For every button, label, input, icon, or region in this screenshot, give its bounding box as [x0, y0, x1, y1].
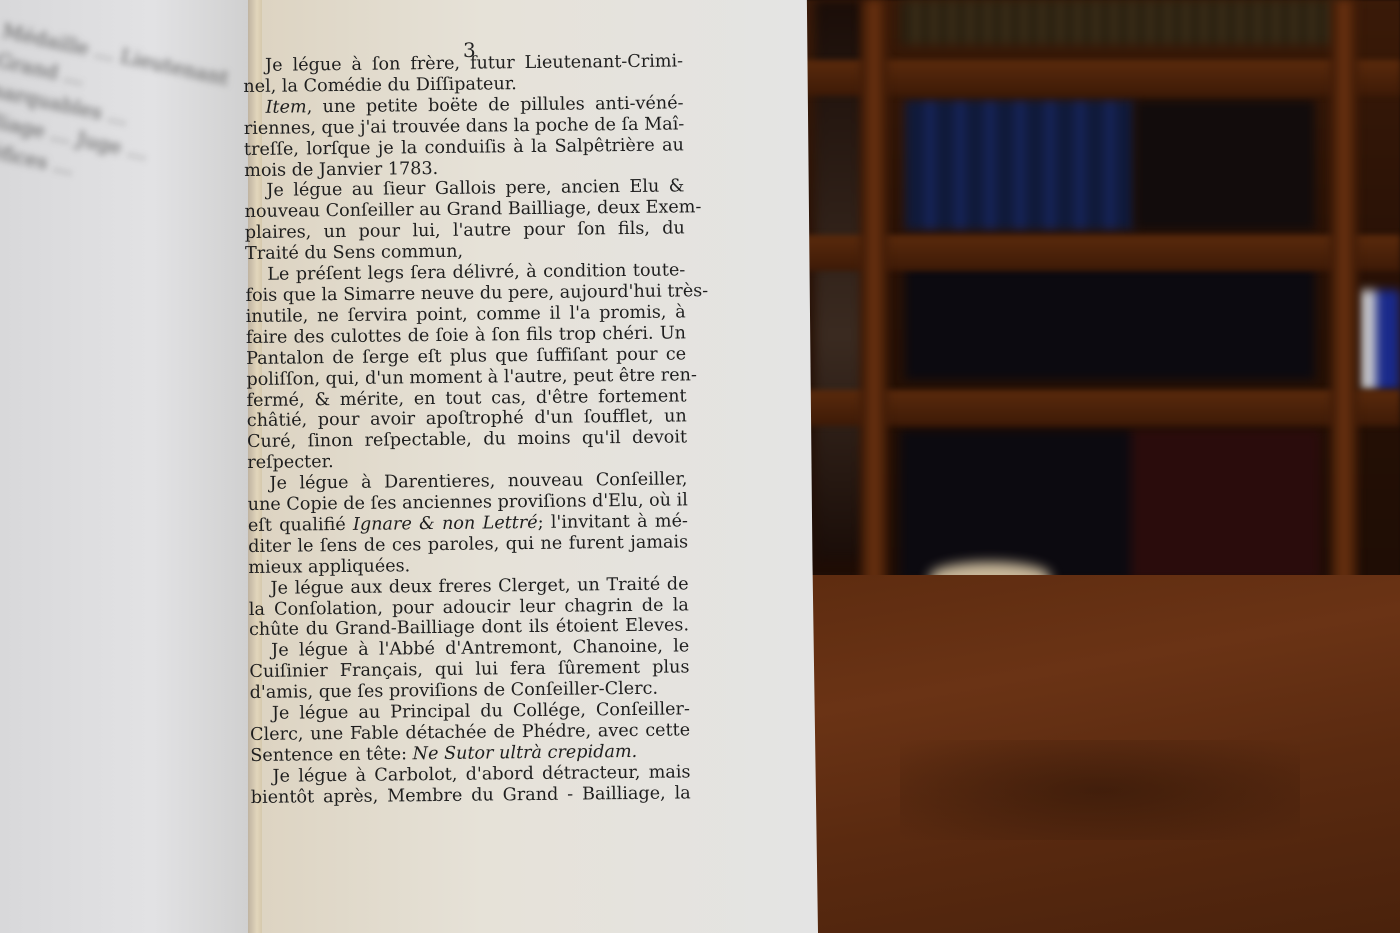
books-right-edge	[1360, 290, 1400, 390]
shelf-post	[1330, 0, 1358, 600]
books-blue-volumes	[905, 100, 1135, 230]
books-bottom-row	[900, 430, 1320, 580]
left-page-blurred: … Médaille … Lieutenant … Grand … remarq…	[0, 0, 255, 933]
shelf-post	[860, 0, 888, 600]
shelf-board	[800, 235, 1400, 271]
page-text-block: Je légue à ſon frère, futur Lieutenant-C…	[243, 51, 691, 808]
shelf-board	[800, 390, 1400, 426]
books-dark-volumes	[1135, 100, 1315, 230]
books-top-row	[900, 0, 1340, 45]
left-page-text: … Médaille … Lieutenant … Grand … remarq…	[0, 10, 234, 211]
books-middle-row	[905, 265, 1315, 380]
shelf-board	[800, 60, 1400, 96]
photo-scene: … Médaille … Lieutenant … Grand … remarq…	[0, 0, 1400, 933]
table-shadow	[900, 740, 1300, 840]
